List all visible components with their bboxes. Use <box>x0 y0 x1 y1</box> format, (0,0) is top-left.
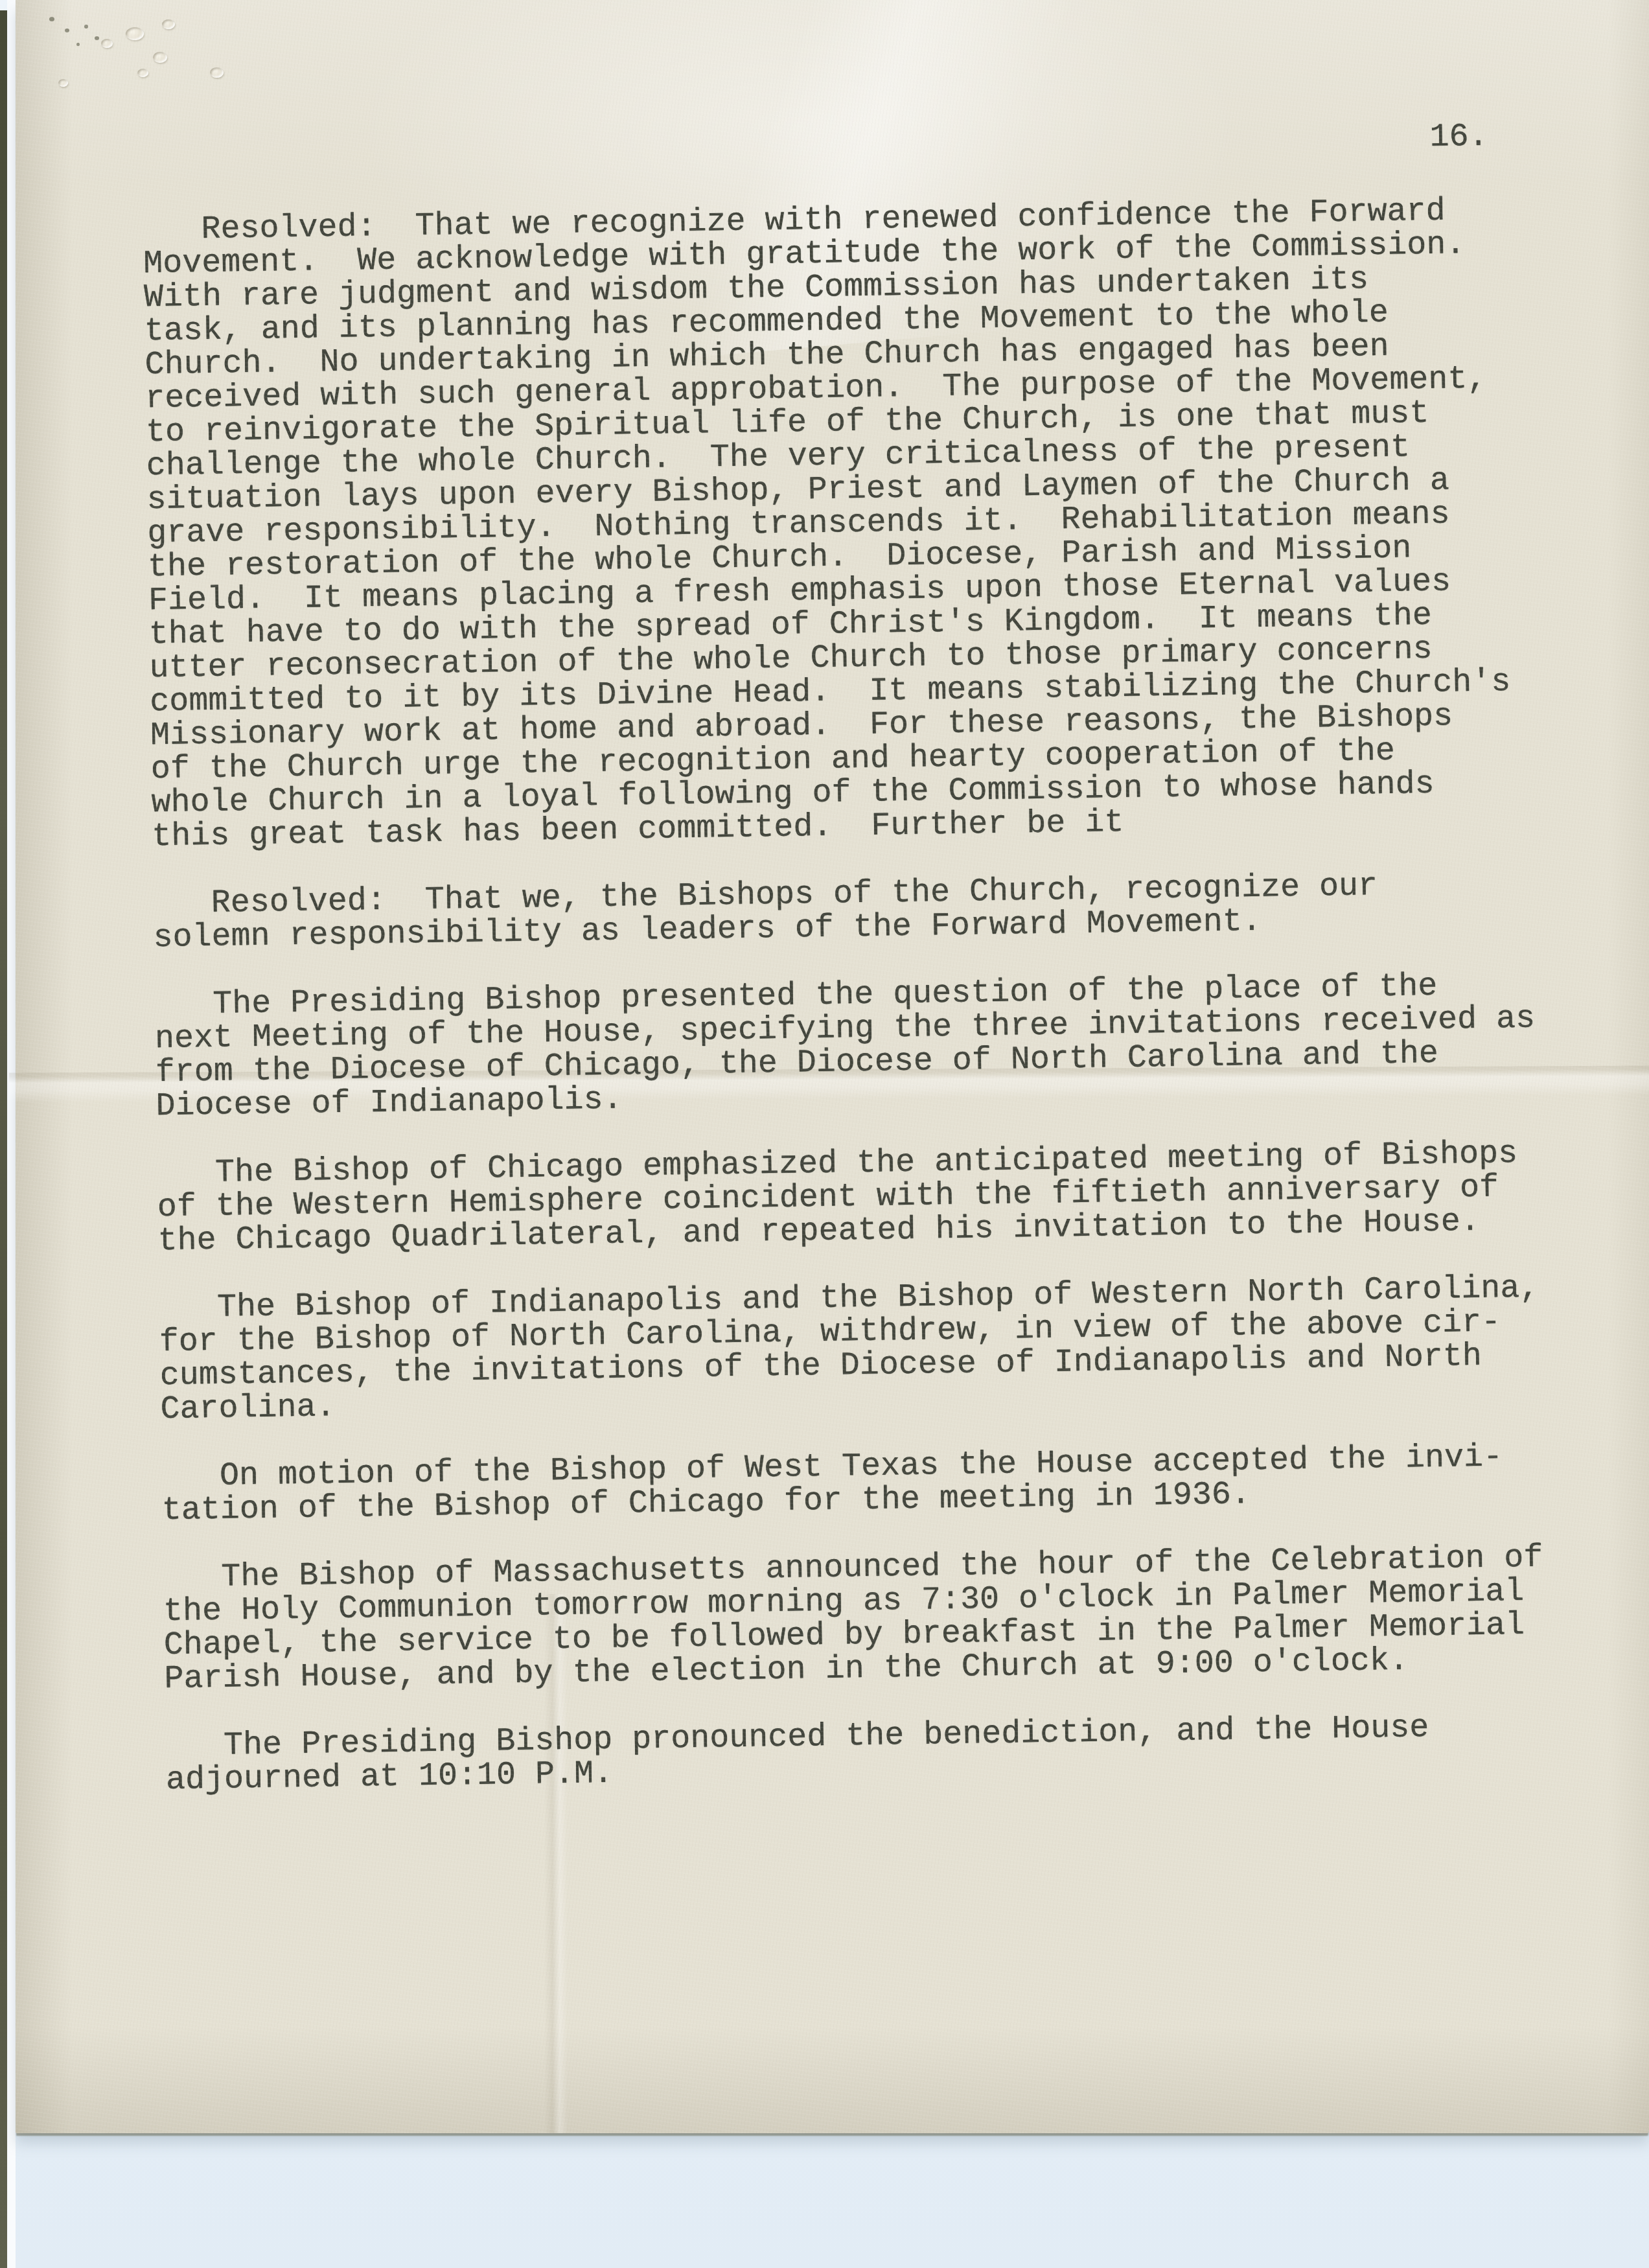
paragraph: The Presiding Bishop pronounced the bene… <box>165 1709 1620 1798</box>
page-number: 16. <box>1429 121 1488 155</box>
paragraph: On motion of the Bishop of West Texas th… <box>161 1439 1617 1528</box>
paper-speck <box>76 43 80 46</box>
paper-dent <box>101 39 113 48</box>
backing-sheet-edge <box>7 0 16 2268</box>
paper-speck <box>84 25 88 29</box>
typed-text: Resolved: That we recognize with renewed… <box>143 192 1621 1831</box>
paragraph: The Bishop of Massachusetts announced th… <box>163 1540 1619 1696</box>
paragraph: The Bishop of Chicago emphasized the ant… <box>157 1136 1613 1258</box>
paper-speck <box>95 36 99 40</box>
paper-speck <box>65 29 69 32</box>
paragraph: The Presiding Bishop presented the quest… <box>154 967 1611 1124</box>
paper-speck <box>49 17 54 21</box>
paragraph: Resolved: That we recognize with renewed… <box>143 192 1606 854</box>
paragraph: Resolved: That we, the Bishops of the Ch… <box>153 866 1608 955</box>
scan-edge-strip <box>0 10 7 2268</box>
paper-dent <box>58 79 68 87</box>
typed-content: 16. Resolved: That we recognize with ren… <box>139 0 1626 2132</box>
paragraph: The Bishop of Indianapolis and the Bisho… <box>159 1271 1615 1427</box>
typewritten-page: 16. Resolved: That we recognize with ren… <box>16 0 1649 2133</box>
